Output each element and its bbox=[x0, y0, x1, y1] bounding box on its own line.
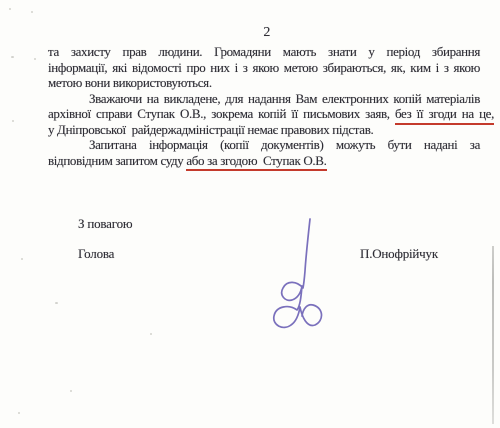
scan-speck bbox=[70, 390, 72, 392]
body-line-text: архівної справи Ступак О.В., зокрема коп… bbox=[48, 106, 395, 121]
body-line: Зважаючи на викладене, для надання Вам е… bbox=[48, 91, 480, 107]
body-line: Запитана інформація (копії документів) м… bbox=[48, 137, 480, 153]
body-line: метою вони використовуються. bbox=[48, 75, 480, 91]
red-underlined-phrase: або за згодою Ступак О.В. bbox=[186, 153, 326, 172]
body-line: архівної справи Ступак О.В., зокрема коп… bbox=[48, 106, 494, 122]
body-line-text: відповідним запитом суду bbox=[48, 153, 186, 168]
scan-speck bbox=[55, 302, 58, 304]
signer-name: П.Онофрійчук bbox=[360, 246, 438, 262]
body-line: відповідним запитом суду або за згодою С… bbox=[48, 153, 480, 169]
paragraph-refusal: Зважаючи на викладене, для надання Вам е… bbox=[48, 91, 480, 138]
scan-speck bbox=[31, 11, 33, 13]
scan-speck bbox=[18, 412, 20, 414]
scan-speck bbox=[9, 8, 11, 10]
body-line: та захисту прав людини. Громадяни мають … bbox=[48, 44, 480, 60]
scan-speck bbox=[11, 56, 14, 58]
paragraph-conditions: Запитана інформація (копії документів) м… bbox=[48, 137, 480, 168]
page-edge-shadow bbox=[492, 246, 494, 424]
scan-speck bbox=[150, 333, 152, 335]
signature-ink bbox=[263, 211, 333, 333]
scan-speck bbox=[34, 58, 36, 60]
red-underlined-phrase: без її згоди на це, bbox=[395, 106, 494, 125]
scanned-letter-page: 2 та захисту прав людини. Громадяни мают… bbox=[0, 0, 500, 428]
letter-body: та захисту прав людини. Громадяни мають … bbox=[48, 44, 480, 168]
body-line: інформації, які відомості про них і з як… bbox=[48, 60, 480, 76]
signer-title: Голова bbox=[78, 246, 114, 262]
salutation: З повагою bbox=[78, 216, 132, 232]
scan-speck bbox=[12, 120, 14, 122]
page-number: 2 bbox=[0, 25, 500, 41]
paragraph-rights: та захисту прав людини. Громадяни мають … bbox=[48, 44, 480, 91]
scan-speck bbox=[21, 258, 23, 260]
